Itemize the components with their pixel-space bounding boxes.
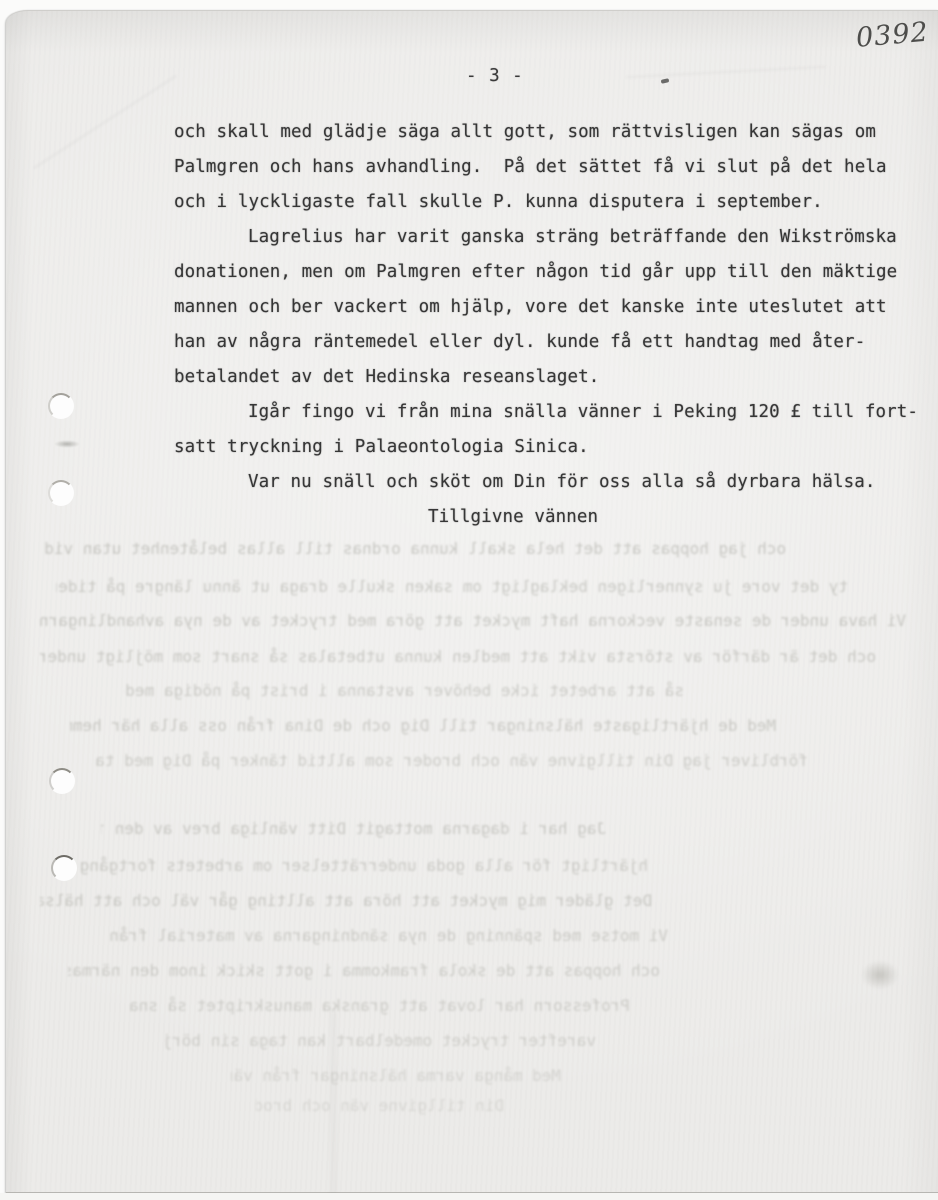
smudge-mark-right bbox=[854, 955, 906, 995]
ghost-line: Din tillgivne vän och broder bbox=[256, 1096, 504, 1118]
paper-crease-top-right bbox=[626, 66, 826, 78]
ghost-line: Vi hava under de senaste veckorna haft m… bbox=[40, 611, 906, 633]
letter-line: Lagrelius har varit ganska sträng beträf… bbox=[174, 220, 914, 255]
scan-background-bottom bbox=[0, 1193, 938, 1200]
paper-crease-top-left bbox=[33, 75, 177, 169]
letter-line: Var nu snäll och sköt om Din för oss all… bbox=[174, 465, 914, 500]
ghost-line: ty det vore ju synnerligen beklagligt om… bbox=[56, 577, 848, 599]
letter-line: mannen och ber vackert om hjälp, vore de… bbox=[174, 290, 914, 325]
ghost-line: Det gläder mig mycket att höra att allti… bbox=[40, 891, 652, 913]
ghost-line: och jag hoppas att det hela skall kunna … bbox=[44, 539, 786, 561]
ghost-line: förbliver jag Din tillgivne vän och brod… bbox=[96, 751, 808, 773]
punch-hole-4 bbox=[51, 855, 77, 881]
ink-speck bbox=[661, 78, 670, 84]
punch-hole-1 bbox=[48, 393, 74, 419]
punch-hole-3 bbox=[49, 768, 75, 794]
ghost-line: Vi motse med spänning de nya sändningarn… bbox=[106, 926, 668, 948]
ghost-line: Jag har i dagarna mottagit Ditt vänliga … bbox=[101, 819, 606, 841]
letter-line: och skall med glädje säga allt gott, som… bbox=[174, 115, 914, 150]
letter-line: Palmgren och hans avhandling. På det sät… bbox=[174, 150, 914, 185]
letter-line: han av några räntemedel eller dyl. kunde… bbox=[174, 325, 914, 360]
letter-line: och i lyckligaste fall skulle P. kunna d… bbox=[174, 185, 914, 220]
ghost-line: Med de hjärtligaste hälsningar till Dig … bbox=[70, 716, 776, 738]
scanned-letter-background: 0392 - 3 - och skall med glädje säga all… bbox=[0, 0, 938, 1200]
ghost-line: hjärtligt för alla goda underrättelser o… bbox=[66, 856, 648, 878]
letter-line: Igår fingo vi från mina snälla vänner i … bbox=[174, 395, 914, 430]
ghost-line: Med många varma hälsningar från vännerna bbox=[231, 1066, 561, 1088]
ghost-line: Professorn har lovat att granska manuskr… bbox=[128, 996, 630, 1018]
ghost-line: varefter trycket omedelbart kan taga sin… bbox=[164, 1031, 596, 1053]
ghost-line: och det är därför av största vikt att me… bbox=[40, 647, 876, 669]
letter-body: och skall med glädje säga allt gott, som… bbox=[174, 115, 914, 535]
ghost-line: och hoppas att de skola framkomma i gott… bbox=[68, 961, 660, 983]
smudge-mark-left bbox=[50, 439, 84, 449]
letter-line: betalandet av det Hedinska reseanslaget. bbox=[174, 360, 914, 395]
letter-page: 0392 - 3 - och skall med glädje säga all… bbox=[6, 10, 938, 1194]
punch-hole-2 bbox=[48, 480, 74, 506]
archival-number-handwritten: 0392 bbox=[855, 15, 938, 54]
letter-line: Tillgivne vännen bbox=[174, 500, 914, 535]
page-number: - 3 - bbox=[466, 66, 524, 86]
letter-line: donationen, men om Palmgren efter någon … bbox=[174, 255, 914, 290]
letter-line: satt tryckning i Palaeontologia Sinica. bbox=[174, 430, 914, 465]
ghost-line: så att arbetet icke behöver avstanna i b… bbox=[124, 681, 684, 703]
